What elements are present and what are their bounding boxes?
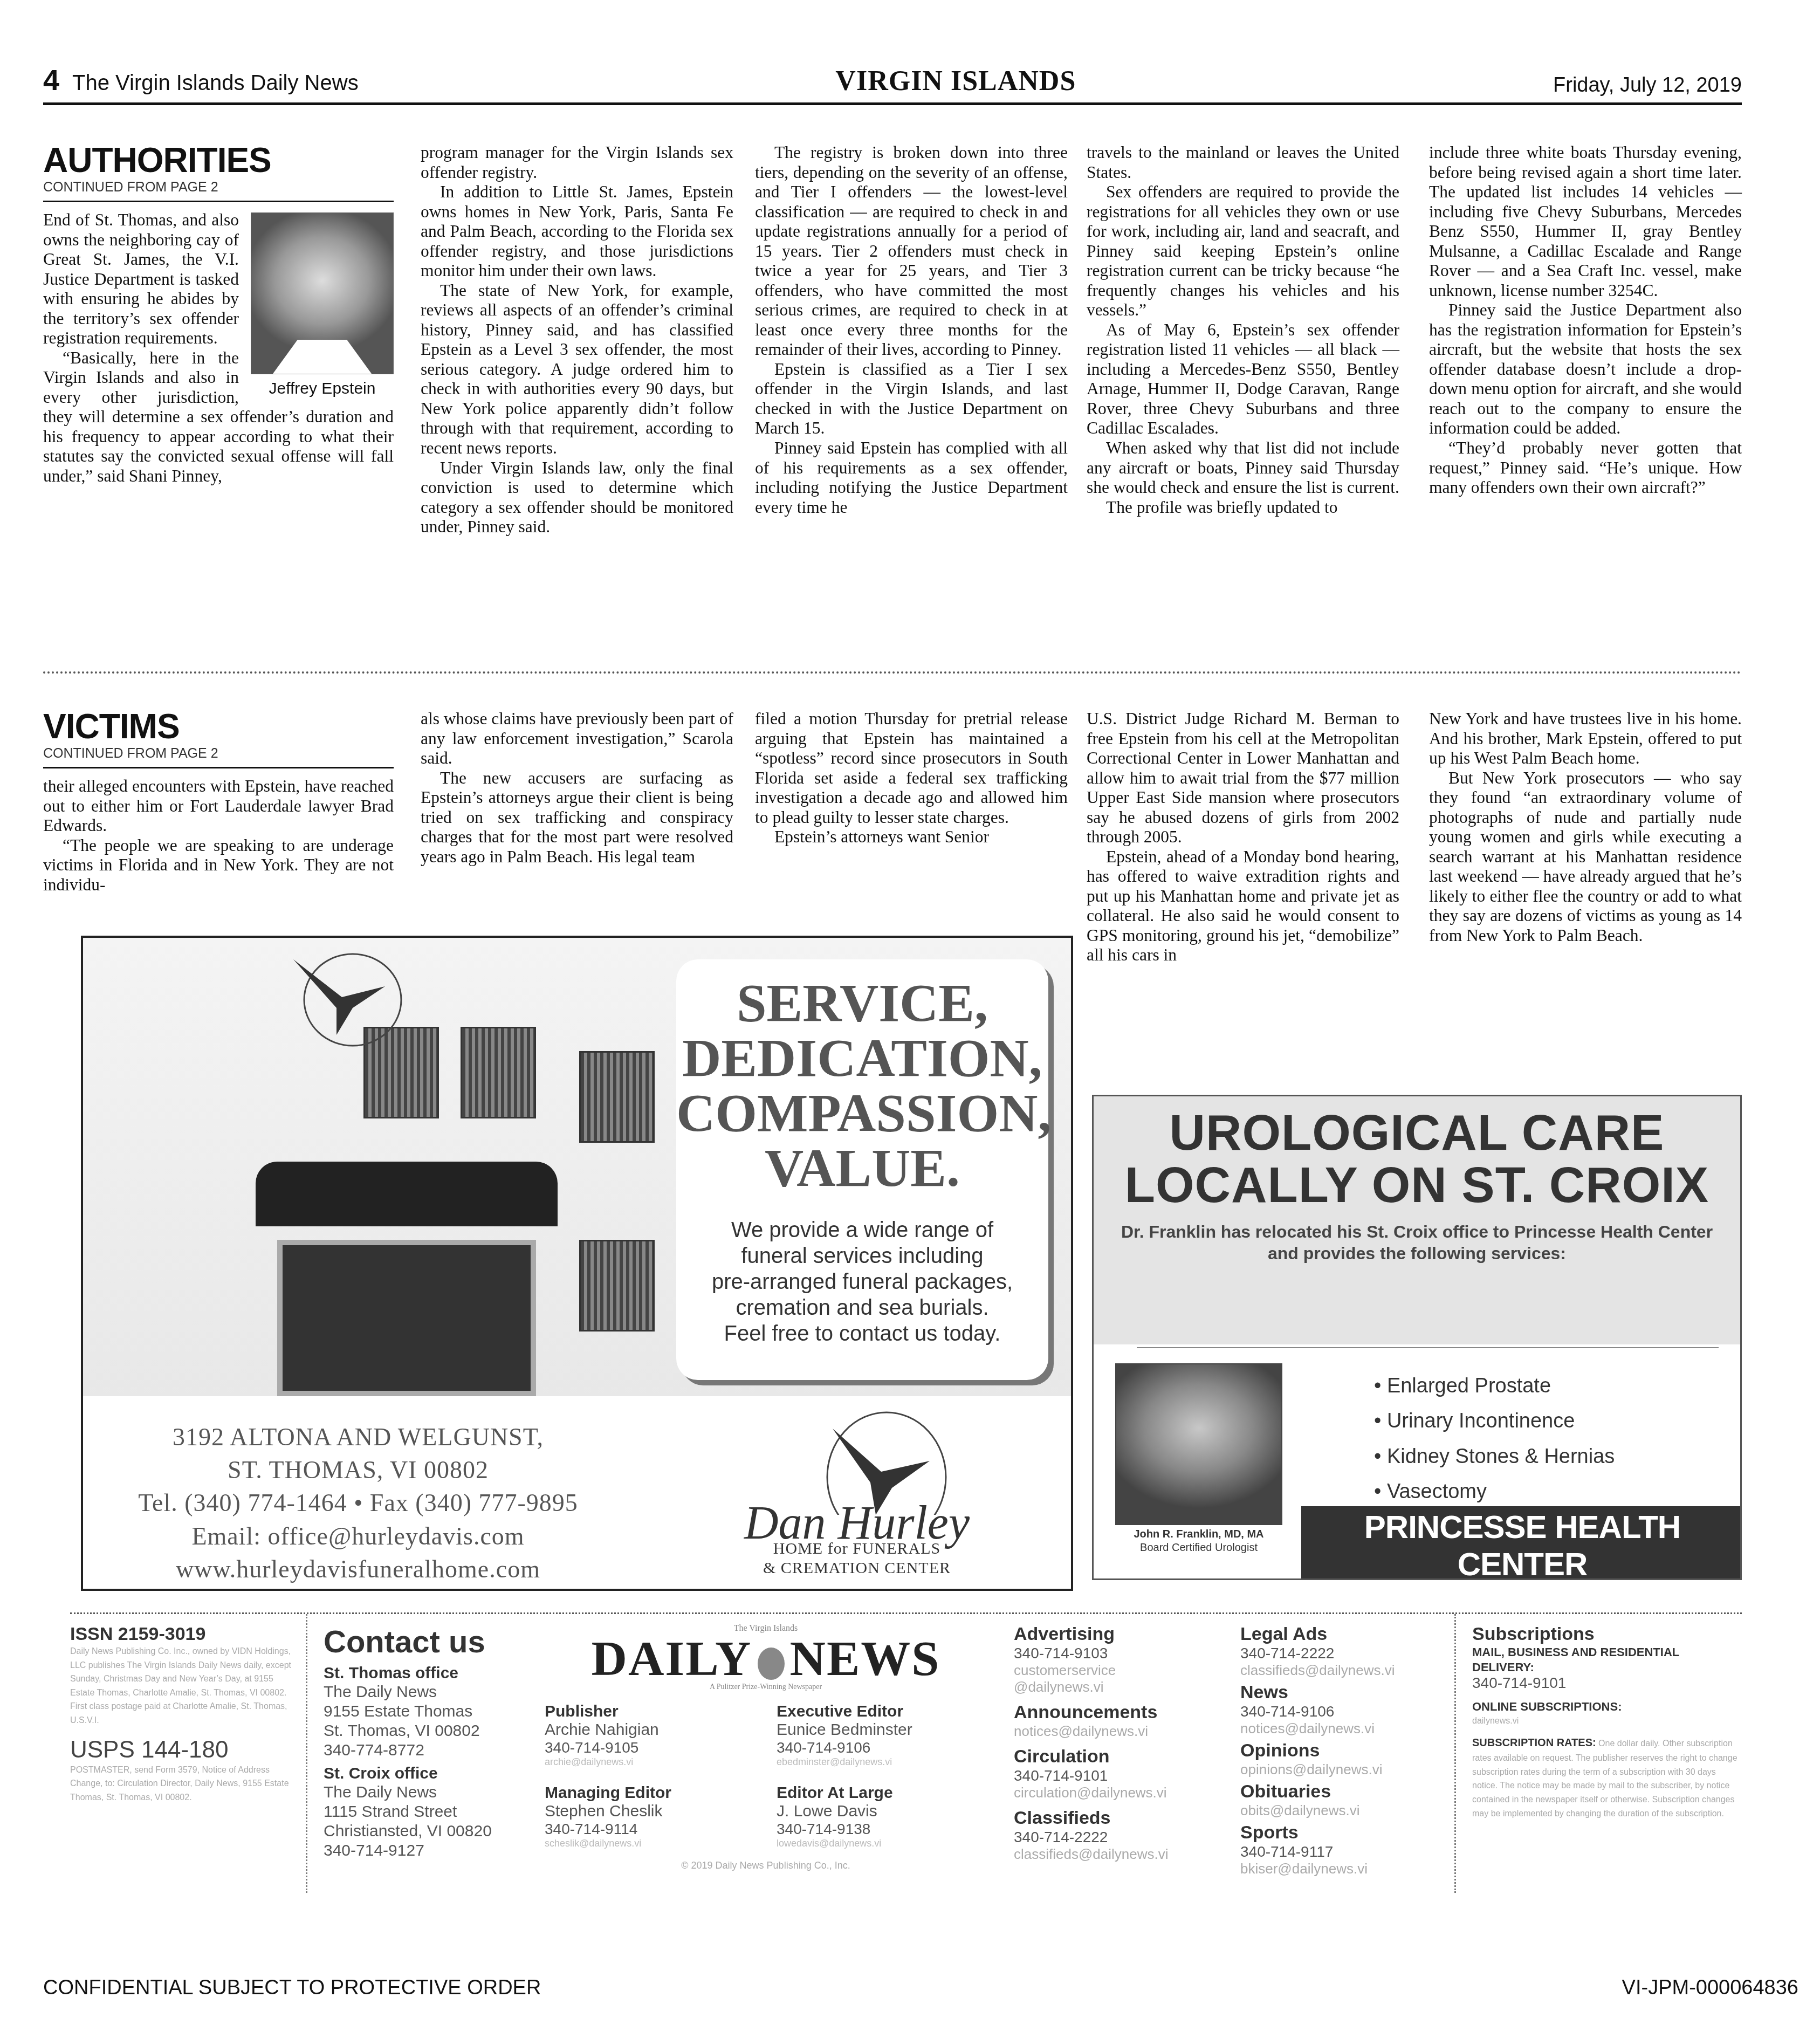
header-left: 4 The Virgin Islands Daily News xyxy=(43,64,359,97)
staff-entry: Publisher Archie Nahigian 340-714-9105 a… xyxy=(545,1703,755,1768)
dept-line: obits@dailynews.vi xyxy=(1240,1802,1454,1819)
globe-icon xyxy=(758,1648,785,1680)
paragraph: “The people we are speaking to are under… xyxy=(43,836,394,895)
authorities-story: AUTHORITIES CONTINUED FROM PAGE 2 Jeffre… xyxy=(43,143,1742,661)
office-line: Christiansted, VI 00820 xyxy=(324,1822,512,1841)
bates-number: VI-JPM-000064836 xyxy=(1622,1976,1798,2000)
confidential-notice: CONFIDENTIAL SUBJECT TO PROTECTIVE ORDER xyxy=(43,1976,541,2000)
title-line: LOCALLY ON ST. CROIX xyxy=(1094,1159,1740,1212)
staff-role: Executive Editor xyxy=(777,1703,987,1721)
window xyxy=(461,1027,536,1118)
awning xyxy=(256,1162,558,1226)
office-line: The Daily News xyxy=(324,1683,512,1702)
title-line: UROLOGICAL CARE xyxy=(1094,1107,1740,1159)
window xyxy=(579,1240,655,1331)
mail-delivery-label: MAIL, BUSINESS AND RESIDENTIAL DELIVERY: xyxy=(1472,1645,1742,1674)
dove-logo-icon xyxy=(261,949,423,1056)
dept-label: Circulation xyxy=(1014,1746,1230,1767)
dept-line: 340-714-9106 xyxy=(1240,1703,1454,1720)
dept-block: Advertising 340-714-9103 customerservice… xyxy=(1014,1624,1230,1696)
dept-line: 340-714-2222 xyxy=(1014,1829,1230,1846)
contact-address: 3192 ALTONA AND WELGUNST, ST. THOMAS, VI… xyxy=(137,1420,579,1585)
online-subscriptions-value[interactable]: dailynews.vi xyxy=(1472,1714,1742,1728)
service-item: Urinary Incontinence xyxy=(1374,1404,1615,1439)
dept-label: Classifieds xyxy=(1014,1808,1230,1829)
paragraph: Under Virgin Islands law, only the final… xyxy=(421,458,733,537)
paragraph: their alleged encounters with Epstein, h… xyxy=(43,777,394,836)
dept-line: classifieds@dailynews.vi xyxy=(1014,1846,1230,1863)
dept-line: notices@dailynews.vi xyxy=(1014,1723,1230,1740)
paragraph: U.S. District Judge Richard M. Berman to… xyxy=(1087,709,1399,847)
window xyxy=(579,1051,655,1143)
service-item: Vasectomy xyxy=(1374,1474,1615,1509)
doctor-photo xyxy=(1115,1363,1282,1525)
paragraph: When asked why that list did not include… xyxy=(1087,438,1399,498)
departments-a: Advertising 340-714-9103 customerservice… xyxy=(1014,1614,1230,1893)
page-header: 4 The Virgin Islands Daily News VIRGIN I… xyxy=(43,62,1742,105)
staff-role: Managing Editor xyxy=(545,1784,755,1802)
clinic-name: PRINCESSE HEALTH CENTER xyxy=(1301,1506,1742,1580)
paragraph: Pinney said the Justice Department also … xyxy=(1429,300,1742,438)
photo-figure: Jeffrey Epstein xyxy=(251,212,394,399)
office-line: 9155 Estate Thomas xyxy=(324,1702,512,1721)
paragraph: Sex offenders are required to provide th… xyxy=(1087,182,1399,320)
photo-caption: Jeffrey Epstein xyxy=(251,380,394,399)
continued-label: CONTINUED FROM PAGE 2 xyxy=(43,180,394,195)
subscriptions-title: Subscriptions xyxy=(1472,1624,1742,1645)
paragraph: The registry is broken down into three t… xyxy=(755,143,1068,360)
authorities-col-4: travels to the mainland or leaves the Un… xyxy=(1087,143,1399,517)
dept-line: 340-714-9101 xyxy=(1014,1767,1230,1784)
dept-line: classifieds@dailynews.vi xyxy=(1240,1662,1454,1679)
headline-line: SERVICE, xyxy=(676,976,1048,1031)
dept-block: Circulation 340-714-9101 circulation@dai… xyxy=(1014,1746,1230,1801)
staff-phone: 340-714-9106 xyxy=(777,1739,987,1756)
office-line: 1115 Strand Street xyxy=(324,1802,512,1822)
paragraph: filed a motion Thursday for pretrial rel… xyxy=(755,709,1068,827)
paragraph: The new accusers are surfacing as Epstei… xyxy=(421,768,733,867)
nameplate-staff: The Virgin Islands DAILYNEWS A Pulitzer … xyxy=(545,1614,987,1893)
dept-line: 340-714-9103 xyxy=(1014,1645,1230,1662)
paragraph: But New York prosecutors — who say they … xyxy=(1429,768,1742,946)
authorities-col-2: program manager for the Virgin Islands s… xyxy=(421,143,733,537)
continued-label: CONTINUED FROM PAGE 2 xyxy=(43,746,394,761)
dept-line: bkiser@dailynews.vi xyxy=(1240,1861,1454,1877)
dept-label: Obituaries xyxy=(1240,1781,1454,1802)
paragraph: The profile was briefly updated to xyxy=(1087,498,1399,518)
paragraph: Epstein, ahead of a Monday bond hearing,… xyxy=(1087,847,1399,965)
urological-care-ad[interactable]: UROLOGICAL CARE LOCALLY ON ST. CROIX Dr.… xyxy=(1092,1095,1742,1580)
authorities-col-3: The registry is broken down into three t… xyxy=(755,143,1068,517)
dept-block: Legal Ads 340-714-2222 classifieds@daily… xyxy=(1240,1624,1454,1679)
staff-role: Publisher xyxy=(545,1703,755,1721)
victims-kicker: VICTIMS xyxy=(43,709,394,744)
issn: ISSN 2159-3019 xyxy=(70,1624,295,1645)
staff-entry: Executive Editor Eunice Bedminster 340-7… xyxy=(777,1703,987,1768)
office-line: St. Thomas, VI 00802 xyxy=(324,1721,512,1741)
online-subscriptions-label: ONLINE SUBSCRIPTIONS: xyxy=(1472,1699,1742,1714)
slogan-panel: SERVICE, DEDICATION, COMPASSION, VALUE. … xyxy=(676,959,1048,1380)
stt-office-title: St. Thomas office xyxy=(324,1664,512,1683)
usps-text: POSTMASTER, send Form 3579, Notice of Ad… xyxy=(70,1763,295,1805)
address-line: ST. THOMAS, VI 00802 xyxy=(137,1453,579,1486)
ad-subtitle: Dr. Franklin has relocated his St. Croix… xyxy=(1094,1221,1740,1264)
body-line: Feel free to contact us today. xyxy=(676,1321,1048,1347)
staff-name: Eunice Bedminster xyxy=(777,1721,987,1739)
ad-headline: SERVICE, DEDICATION, COMPASSION, VALUE. xyxy=(676,976,1048,1196)
staff-phone: 340-714-9105 xyxy=(545,1739,755,1756)
doctor-title: Board Certified Urologist xyxy=(1104,1541,1293,1555)
paragraph: Epstein’s attorneys want Senior xyxy=(755,827,1068,847)
dept-block: News 340-714-9106 notices@dailynews.vi xyxy=(1240,1682,1454,1737)
departments-b: Legal Ads 340-714-2222 classifieds@daily… xyxy=(1240,1614,1456,1893)
section-divider xyxy=(43,671,1742,674)
dept-line: customerservice xyxy=(1014,1662,1230,1679)
ad-header: UROLOGICAL CARE LOCALLY ON ST. CROIX Dr.… xyxy=(1094,1096,1740,1344)
paragraph: As of May 6, Epstein’s sex offender regi… xyxy=(1087,320,1399,438)
paragraph: Pinney said Epstein has complied with al… xyxy=(755,438,1068,517)
publication-info: ISSN 2159-3019 Daily News Publishing Co.… xyxy=(70,1614,307,1893)
logo-sub-line: & CREMATION CENTER xyxy=(725,1559,989,1578)
masthead-strip: ISSN 2159-3019 Daily News Publishing Co.… xyxy=(70,1612,1742,1893)
logo-word: DAILY xyxy=(591,1631,752,1686)
daily-news-logo: DAILYNEWS xyxy=(545,1633,987,1683)
victims-col-4: U.S. District Judge Richard M. Berman to… xyxy=(1087,709,1399,965)
staff-entry: Editor At Large J. Lowe Davis 340-714-91… xyxy=(777,1784,987,1849)
dept-line: opinions@dailynews.vi xyxy=(1240,1761,1454,1778)
paragraph: In addition to Little St. James, Epstein… xyxy=(421,182,733,281)
dept-line: @dailynews.vi xyxy=(1014,1679,1230,1696)
authorities-col-1: Jeffrey Epstein End of St. Thomas, and a… xyxy=(43,210,394,486)
staff-name: J. Lowe Davis xyxy=(777,1802,987,1821)
staff-phone: 340-714-9138 xyxy=(777,1821,987,1838)
paragraph: program manager for the Virgin Islands s… xyxy=(421,143,733,182)
staff-entry: Managing Editor Stephen Cheslik 340-714-… xyxy=(545,1784,755,1849)
dept-block: Classifieds 340-714-2222 classifieds@dai… xyxy=(1014,1808,1230,1863)
dept-block: Announcements notices@dailynews.vi xyxy=(1014,1702,1230,1740)
dept-label: Advertising xyxy=(1014,1624,1230,1645)
doctor-name: John R. Franklin, MD, MA xyxy=(1104,1528,1293,1541)
funeral-home-logo: Dan Hurley HOME for FUNERALS & CREMATION… xyxy=(725,1407,989,1585)
dept-line: 340-714-9117 xyxy=(1240,1843,1454,1861)
paragraph: New York and have trustees live in his h… xyxy=(1429,709,1742,768)
dept-block: Obituaries obits@dailynews.vi xyxy=(1240,1781,1454,1819)
paragraph: als whose claims have previously been pa… xyxy=(421,709,733,768)
portrait-photo xyxy=(251,212,394,374)
section-title: VIRGIN ISLANDS xyxy=(835,65,1076,97)
logo-word: NEWS xyxy=(790,1631,940,1686)
staff-email[interactable]: scheslik@dailynews.vi xyxy=(545,1838,755,1849)
subscription-rates: SUBSCRIPTION RATES: One dollar daily. Ot… xyxy=(1472,1734,1742,1821)
paragraph: Epstein is classified as a Tier I sex of… xyxy=(755,360,1068,438)
headline-line: VALUE. xyxy=(676,1141,1048,1196)
dept-label: Legal Ads xyxy=(1240,1624,1454,1645)
stx-office-title: St. Croix office xyxy=(324,1765,512,1783)
rates-label: SUBSCRIPTION RATES: xyxy=(1472,1737,1596,1749)
office-phone: 340-714-9127 xyxy=(324,1841,512,1861)
authorities-kicker: AUTHORITIES xyxy=(43,143,394,177)
funeral-home-ad[interactable]: SERVICE, DEDICATION, COMPASSION, VALUE. … xyxy=(81,936,1073,1591)
paragraph: travels to the mainland or leaves the Un… xyxy=(1087,143,1399,182)
paragraph: “They’d probably never gotten that reque… xyxy=(1429,438,1742,498)
ad-title: UROLOGICAL CARE LOCALLY ON ST. CROIX xyxy=(1094,1096,1740,1211)
subscriptions: Subscriptions MAIL, BUSINESS AND RESIDEN… xyxy=(1472,1614,1742,1893)
ad-contact-area: 3192 ALTONA AND WELGUNST, ST. THOMAS, VI… xyxy=(83,1396,1071,1591)
email-line[interactable]: Email: office@hurleydavis.com xyxy=(137,1520,579,1553)
divider xyxy=(1137,1347,1719,1348)
staff-name: Archie Nahigian xyxy=(545,1721,755,1739)
usps: USPS 144-180 xyxy=(70,1736,295,1763)
service-item: Kidney Stones & Hernias xyxy=(1374,1439,1615,1474)
dept-label: News xyxy=(1240,1682,1454,1703)
staff-email[interactable]: archie@dailynews.vi xyxy=(545,1756,755,1768)
door xyxy=(277,1240,536,1396)
dept-block: Sports 340-714-9117 bkiser@dailynews.vi xyxy=(1240,1822,1454,1877)
office-line: The Daily News xyxy=(324,1783,512,1802)
staff-role: Editor At Large xyxy=(777,1784,987,1802)
paragraph: include three white boats Thursday eveni… xyxy=(1429,143,1742,300)
logo-subtitle: HOME for FUNERALS & CREMATION CENTER xyxy=(725,1539,989,1578)
ad-body: We provide a wide range of funeral servi… xyxy=(676,1217,1048,1347)
dept-label: Sports xyxy=(1240,1822,1454,1843)
dept-line: 340-714-2222 xyxy=(1240,1645,1454,1662)
staff-name: Stephen Cheslik xyxy=(545,1802,755,1821)
page-number: 4 xyxy=(43,64,59,97)
staff-grid: Publisher Archie Nahigian 340-714-9105 a… xyxy=(545,1703,987,1849)
dept-line: notices@dailynews.vi xyxy=(1240,1720,1454,1737)
victims-col-2: als whose claims have previously been pa… xyxy=(421,709,733,867)
headline-line: COMPASSION, xyxy=(676,1086,1048,1141)
address-line: 3192 ALTONA AND WELGUNST, xyxy=(137,1420,579,1453)
staff-email[interactable]: ebedminster@dailynews.vi xyxy=(777,1756,987,1768)
victims-col-1: their alleged encounters with Epstein, h… xyxy=(43,777,394,895)
body-line: We provide a wide range of xyxy=(676,1217,1048,1243)
dept-label: Announcements xyxy=(1014,1702,1230,1723)
rates-text: One dollar daily. Other subscription rat… xyxy=(1472,1739,1737,1818)
victims-col-5: New York and have trustees live in his h… xyxy=(1429,709,1742,945)
victims-head: VICTIMS CONTINUED FROM PAGE 2 xyxy=(43,709,394,768)
service-item: Enlarged Prostate xyxy=(1374,1369,1615,1404)
website-line[interactable]: www.hurleydavisfuneralhome.com xyxy=(137,1553,579,1585)
body-line: cremation and sea burials. xyxy=(676,1295,1048,1321)
dept-block: Opinions opinions@dailynews.vi xyxy=(1240,1740,1454,1778)
doctor-caption: John R. Franklin, MD, MA Board Certified… xyxy=(1104,1528,1293,1555)
headline-line: DEDICATION, xyxy=(676,1031,1048,1086)
paragraph: The state of New York, for example, revi… xyxy=(421,281,733,458)
office-phone: 340-774-8772 xyxy=(324,1741,512,1760)
body-line: funeral services including xyxy=(676,1243,1048,1269)
clinic-banner: PRINCESSE HEALTH CENTER (340) 774-9655 xyxy=(1301,1506,1742,1580)
authorities-head: AUTHORITIES CONTINUED FROM PAGE 2 xyxy=(43,143,394,202)
publication-name: The Virgin Islands Daily News xyxy=(72,71,359,95)
mail-delivery-phone: 340-714-9101 xyxy=(1472,1674,1742,1692)
phone-line: Tel. (340) 774-1464 • Fax (340) 777-9895 xyxy=(137,1486,579,1519)
logo-sub-line: HOME for FUNERALS xyxy=(725,1539,989,1559)
issn-text: Daily News Publishing Co. Inc., owned by… xyxy=(70,1645,295,1728)
victims-col-3: filed a motion Thursday for pretrial rel… xyxy=(755,709,1068,847)
body-line: pre-arranged funeral packages, xyxy=(676,1269,1048,1295)
dept-label: Opinions xyxy=(1240,1740,1454,1761)
contact-offices: Contact us St. Thomas office The Daily N… xyxy=(324,1614,512,1893)
authorities-col-5: include three white boats Thursday eveni… xyxy=(1429,143,1742,498)
copyright: © 2019 Daily News Publishing Co., Inc. xyxy=(545,1860,987,1871)
staff-email[interactable]: lowedavis@dailynews.vi xyxy=(777,1838,987,1849)
issue-date: Friday, July 12, 2019 xyxy=(1553,74,1742,97)
contact-title: Contact us xyxy=(324,1624,512,1660)
dept-line: circulation@dailynews.vi xyxy=(1014,1784,1230,1801)
staff-phone: 340-714-9114 xyxy=(545,1821,755,1838)
